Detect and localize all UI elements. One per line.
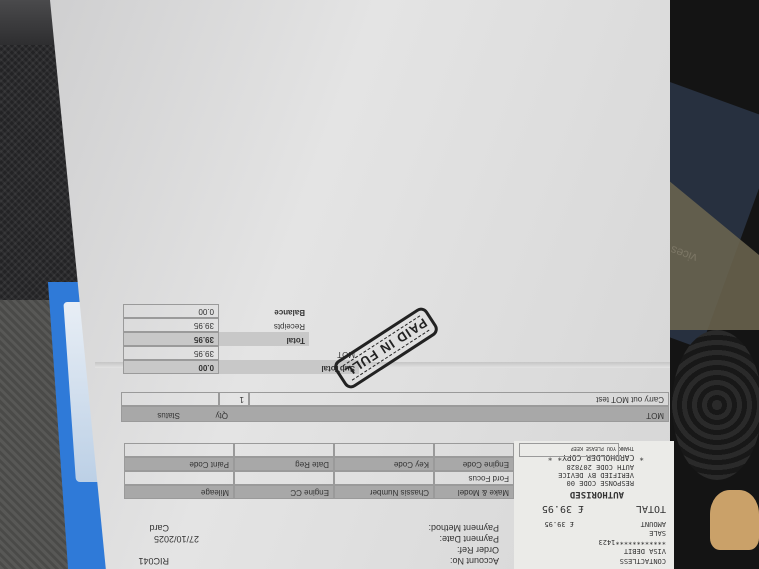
value-mileage xyxy=(124,471,234,485)
slip-total-label: TOTAL xyxy=(636,503,666,514)
payment-method-label: Payment Method: xyxy=(428,523,499,533)
total-label: Total xyxy=(219,332,309,346)
balance-label: Balance xyxy=(219,304,309,318)
value-key-code xyxy=(334,443,434,457)
slip-auth-code: AUTH CODE 207828 xyxy=(567,463,634,471)
mot-value: 39.95 xyxy=(123,346,219,360)
slip-amount: £ 39.95 xyxy=(544,520,574,528)
value-engine-code xyxy=(434,443,514,457)
value-make-model: Ford Focus xyxy=(434,471,514,485)
slip-card-number: ************1423 xyxy=(599,538,666,546)
slip-verified: VERIFIED BY DEVICE xyxy=(558,471,634,479)
job-status xyxy=(121,392,219,406)
receipts-value: 39.95 xyxy=(123,318,219,332)
job-status-header: Status xyxy=(157,411,180,420)
payment-method-value: Card xyxy=(149,523,169,533)
header-key-code: Key Code xyxy=(334,457,434,471)
value-date-reg xyxy=(234,443,334,457)
job-qty-header: Qty xyxy=(216,411,228,420)
header-date-reg: Date Reg xyxy=(234,457,334,471)
total-value: 39.95 xyxy=(123,332,219,346)
header-paint-code: Paint Code xyxy=(124,457,234,471)
job-section-mot: MOT xyxy=(646,411,664,420)
slip-total: £ 39.95 xyxy=(542,503,584,514)
header-chassis-number: Chassis Number xyxy=(334,485,434,499)
header-engine-code: Engine Code xyxy=(434,457,514,471)
slip-response: RESPONSE CODE 00 xyxy=(567,479,634,487)
slip-sale: SALE xyxy=(649,529,666,537)
balance-value: 0.00 xyxy=(123,304,219,318)
header-mileage: Mileage xyxy=(124,485,234,499)
value-chassis-number xyxy=(334,471,434,485)
account-no-label: Account No: xyxy=(450,556,499,566)
slip-contactless: CONTACTLESS xyxy=(620,557,666,565)
job-header-row: MOT Qty Status xyxy=(121,406,669,422)
card-payment-slip: CONTACTLESS VISA DEBIT ************1423 … xyxy=(514,441,674,569)
subtotal-value: 0.00 xyxy=(123,360,219,374)
job-qty: 1 xyxy=(219,392,249,406)
receipts-label: Receipts xyxy=(219,318,309,332)
order-ref-label: Order Ref: xyxy=(457,545,499,555)
job-description: Carry out MOT test xyxy=(249,392,669,406)
value-cell xyxy=(519,443,619,457)
payment-date-label: Payment Date: xyxy=(439,534,499,544)
slip-amount-label: AMOUNT xyxy=(641,520,666,528)
value-engine-cc xyxy=(234,471,334,485)
invoice-document: CONTACTLESS VISA DEBIT ************1423 … xyxy=(0,0,759,569)
payment-date-value: 27/10/2025 xyxy=(154,534,199,544)
account-no-value: RIC041 xyxy=(138,556,169,566)
header-make-model: Make & Model xyxy=(434,485,514,499)
slip-status: AUTHORISED xyxy=(570,489,624,499)
mot-label: MOT xyxy=(219,346,359,360)
slip-card-type: VISA DEBIT xyxy=(624,547,666,555)
value-paint-code xyxy=(124,443,234,457)
header-engine-cc: Engine CC xyxy=(234,485,334,499)
